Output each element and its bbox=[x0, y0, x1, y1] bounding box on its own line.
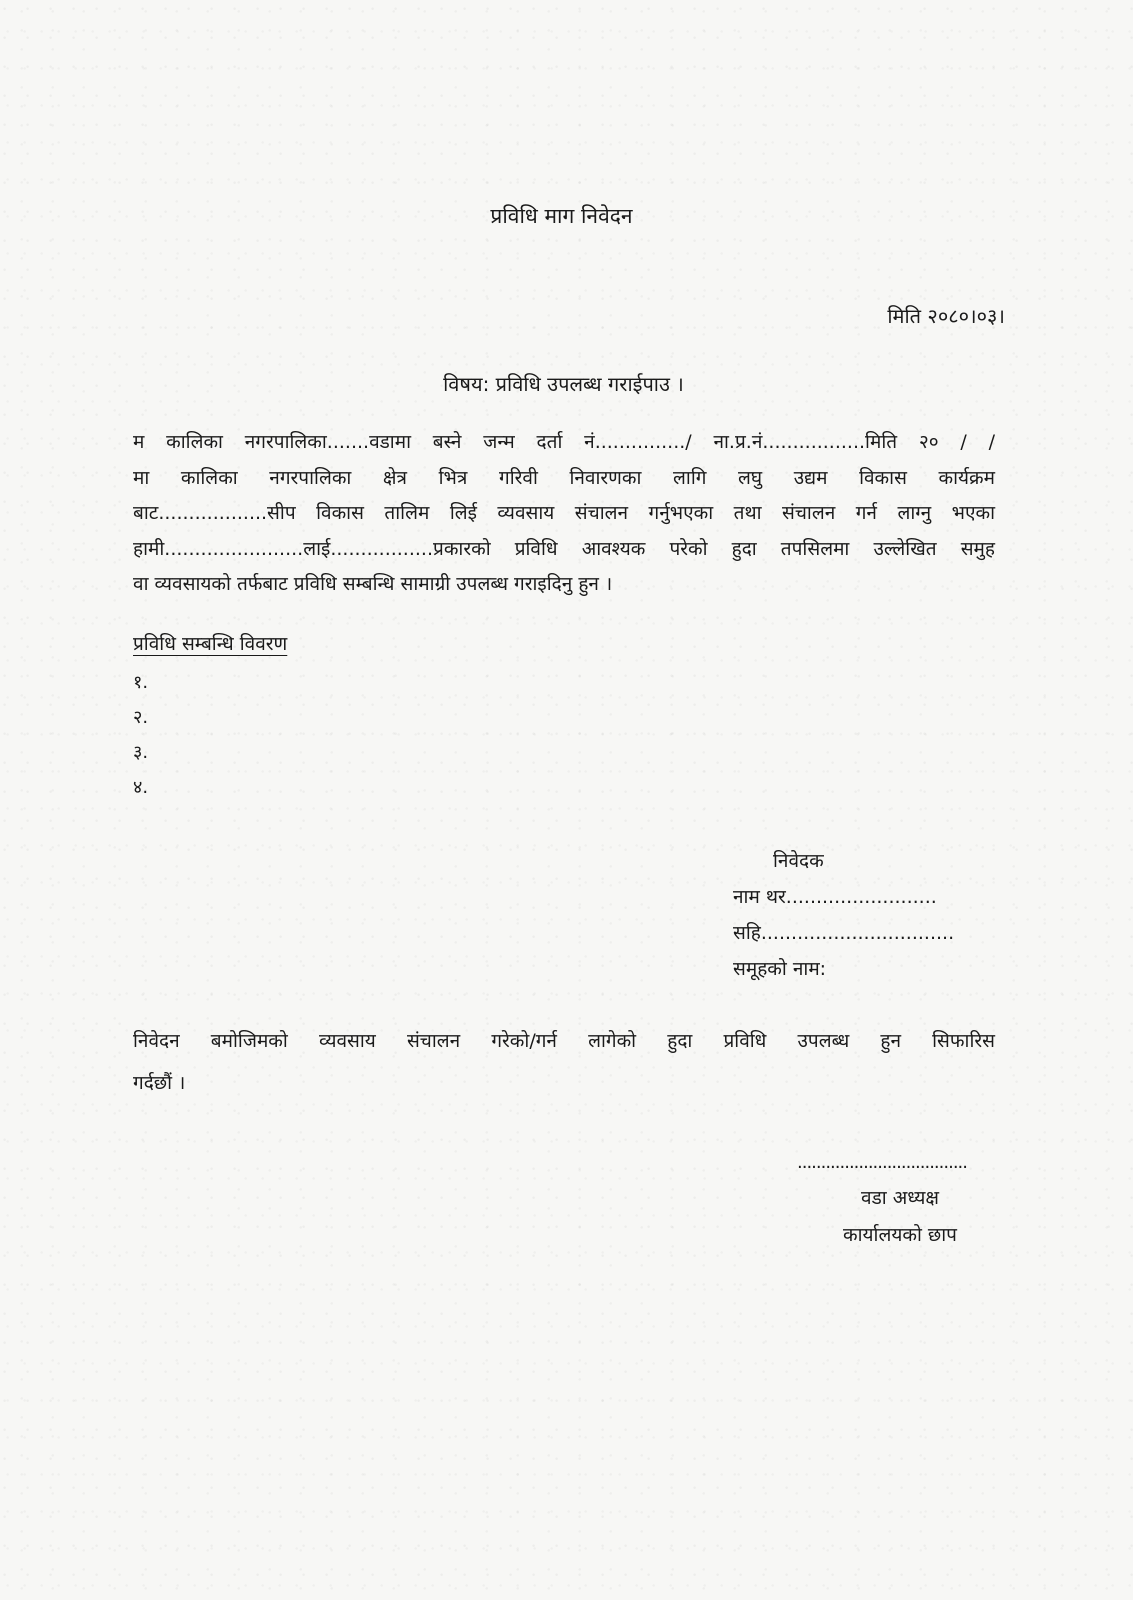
office-stamp-label: कार्यालयको छाप bbox=[815, 1217, 985, 1254]
ward-signature-line: .................................... bbox=[797, 1152, 967, 1173]
details-item: ३. bbox=[133, 735, 148, 770]
applicant-block: निवेदक नाम थर......................... स… bbox=[733, 843, 954, 987]
application-page: प्रविधि माग निवेदन मिति २०८०।०३। विषय: प… bbox=[0, 0, 1133, 1600]
details-item: १. bbox=[133, 665, 148, 700]
body-paragraph: म कालिका नगरपालिका.......वडामा बस्ने जन्… bbox=[133, 425, 995, 603]
date-line: मिति २०८०।०३। bbox=[887, 302, 1005, 329]
document-title: प्रविधि माग निवेदन bbox=[0, 202, 1133, 230]
recommendation-line: निवेदन बमोजिमको व्यवसाय संचालन गरेको/गर्… bbox=[133, 1020, 995, 1062]
applicant-signature-field: सहि................................ bbox=[733, 915, 954, 951]
details-heading: प्रविधि सम्बन्धि विवरण bbox=[133, 630, 287, 656]
applicant-heading: निवेदक bbox=[733, 843, 954, 879]
applicant-name-field: नाम थर......................... bbox=[733, 879, 954, 915]
document-title-text: प्रविधि माग निवेदन bbox=[490, 202, 632, 230]
details-item: २. bbox=[133, 700, 148, 735]
ward-block: वडा अध्यक्ष कार्यालयको छाप bbox=[815, 1180, 985, 1254]
body-line: मा कालिका नगरपालिका क्षेत्र भित्र गरिवी … bbox=[133, 461, 995, 497]
body-line: हामी.......................लाई..........… bbox=[133, 532, 995, 568]
subject-line: विषय: प्रविधि उपलब्ध गराईपाउ । bbox=[0, 370, 1133, 397]
paper-texture bbox=[0, 0, 1133, 1600]
details-list: १. २. ३. ४. bbox=[133, 665, 148, 805]
recommendation-paragraph: निवेदन बमोजिमको व्यवसाय संचालन गरेको/गर्… bbox=[133, 1020, 995, 1104]
recommendation-line: गर्दछौं । bbox=[133, 1062, 995, 1104]
applicant-group-name-field: समूहको नाम: bbox=[733, 951, 954, 987]
ward-chair-label: वडा अध्यक्ष bbox=[815, 1180, 985, 1217]
body-line: वा व्यवसायको तर्फबाट प्रविधि सम्बन्धि सा… bbox=[133, 567, 995, 603]
body-line: बाट..................सीप विकास तालिम लिई… bbox=[133, 496, 995, 532]
body-line: म कालिका नगरपालिका.......वडामा बस्ने जन्… bbox=[133, 425, 995, 461]
details-item: ४. bbox=[133, 770, 148, 805]
